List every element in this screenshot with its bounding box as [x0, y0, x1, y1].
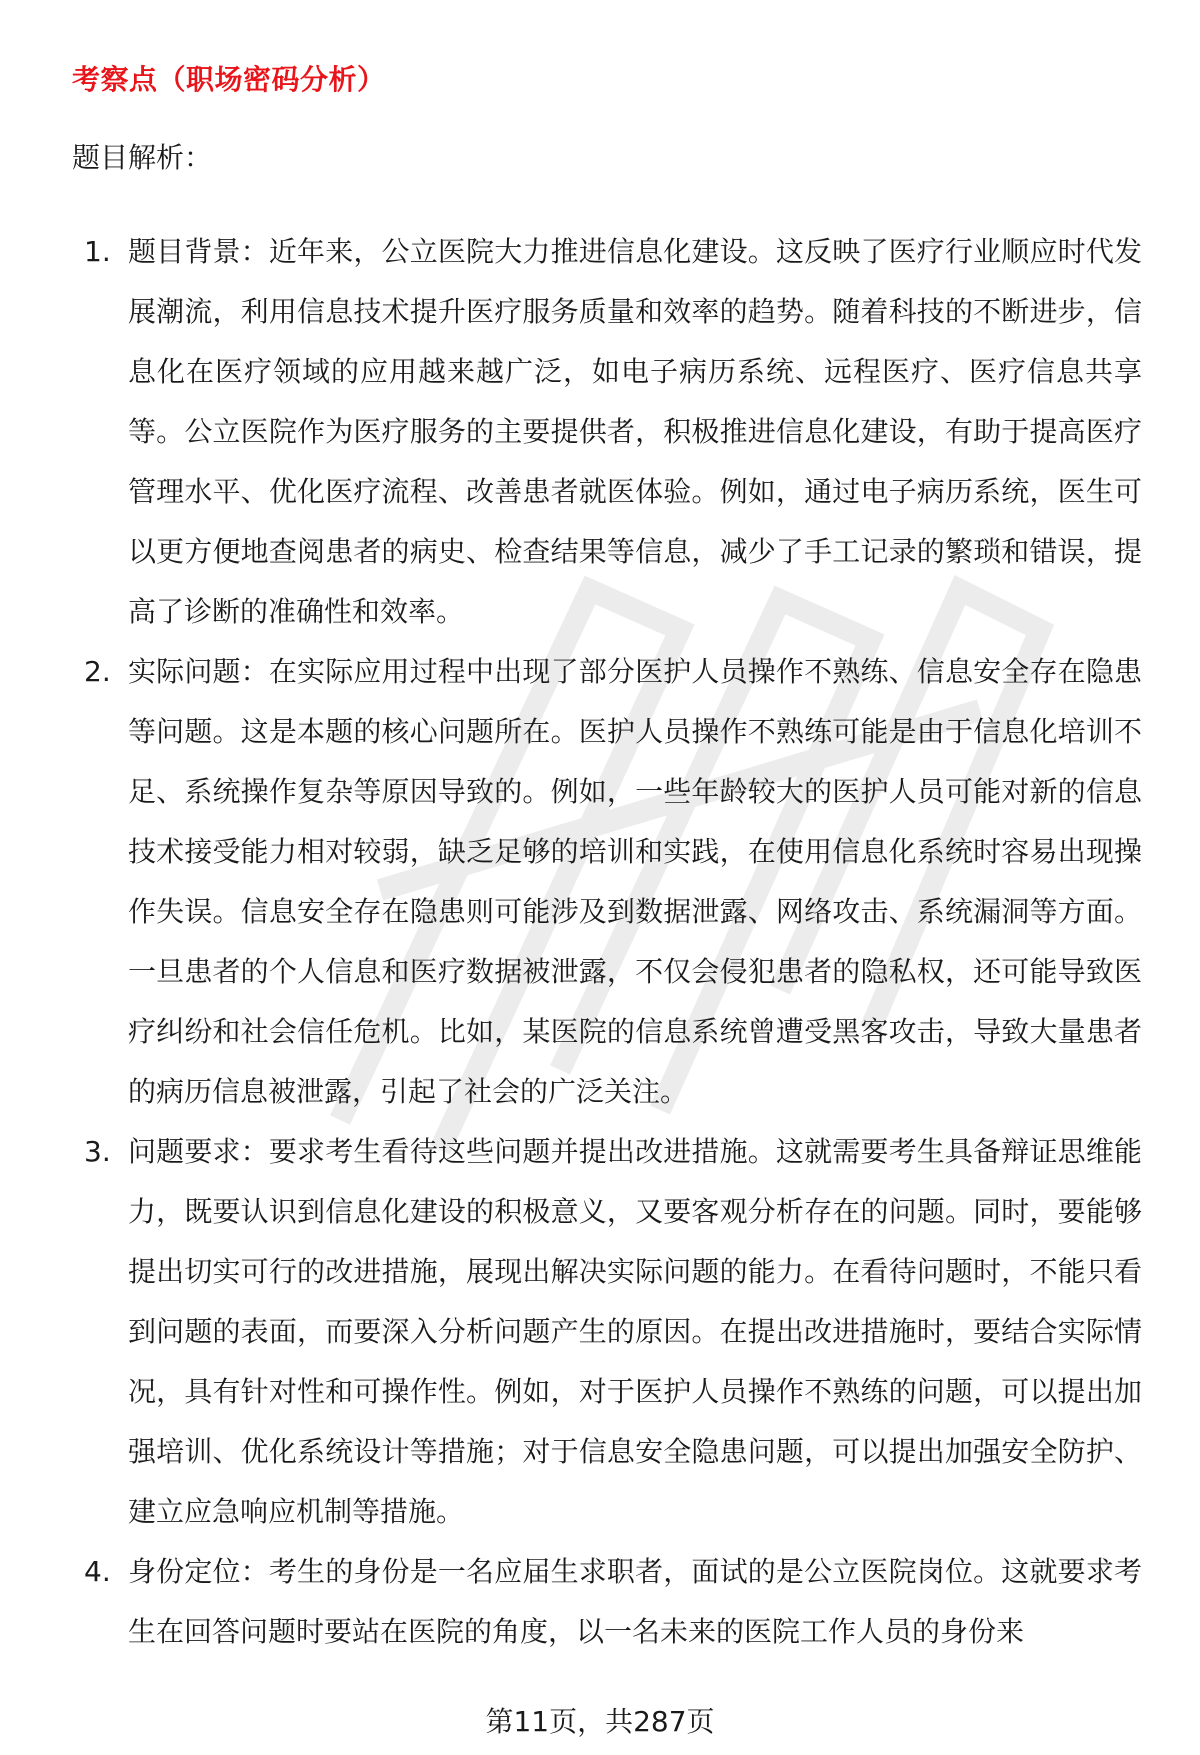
analysis-label: 题目解析：	[72, 136, 212, 176]
item-text: 实际问题：在实际应用过程中出现了部分医护人员操作不熟练、信息安全存在隐患等问题。…	[128, 655, 1142, 1108]
item-text: 题目背景：近年来，公立医院大力推进信息化建设。这反映了医疗行业顺应时代发展潮流，…	[128, 235, 1142, 628]
item-number: 2.	[84, 642, 111, 702]
page-number: 第11页，共287页	[0, 1700, 1200, 1740]
list-item: 1. 题目背景：近年来，公立医院大力推进信息化建设。这反映了医疗行业顺应时代发展…	[72, 222, 1142, 642]
item-number: 4.	[84, 1542, 111, 1602]
document-page: 考察点（职场密码分析） 题目解析： 1. 题目背景：近年来，公立医院大力推进信息…	[0, 0, 1200, 1755]
list-item: 2. 实际问题：在实际应用过程中出现了部分医护人员操作不熟练、信息安全存在隐患等…	[72, 642, 1142, 1122]
section-heading: 考察点（职场密码分析）	[72, 58, 386, 98]
item-number: 1.	[84, 222, 111, 282]
item-number: 3.	[84, 1122, 111, 1182]
item-text: 身份定位：考生的身份是一名应届生求职者，面试的是公立医院岗位。这就要求考生在回答…	[128, 1555, 1142, 1648]
analysis-list: 1. 题目背景：近年来，公立医院大力推进信息化建设。这反映了医疗行业顺应时代发展…	[72, 222, 1142, 1662]
list-item: 3. 问题要求：要求考生看待这些问题并提出改进措施。这就需要考生具备辩证思维能力…	[72, 1122, 1142, 1542]
item-text: 问题要求：要求考生看待这些问题并提出改进措施。这就需要考生具备辩证思维能力，既要…	[128, 1135, 1142, 1528]
list-item: 4. 身份定位：考生的身份是一名应届生求职者，面试的是公立医院岗位。这就要求考生…	[72, 1542, 1142, 1662]
